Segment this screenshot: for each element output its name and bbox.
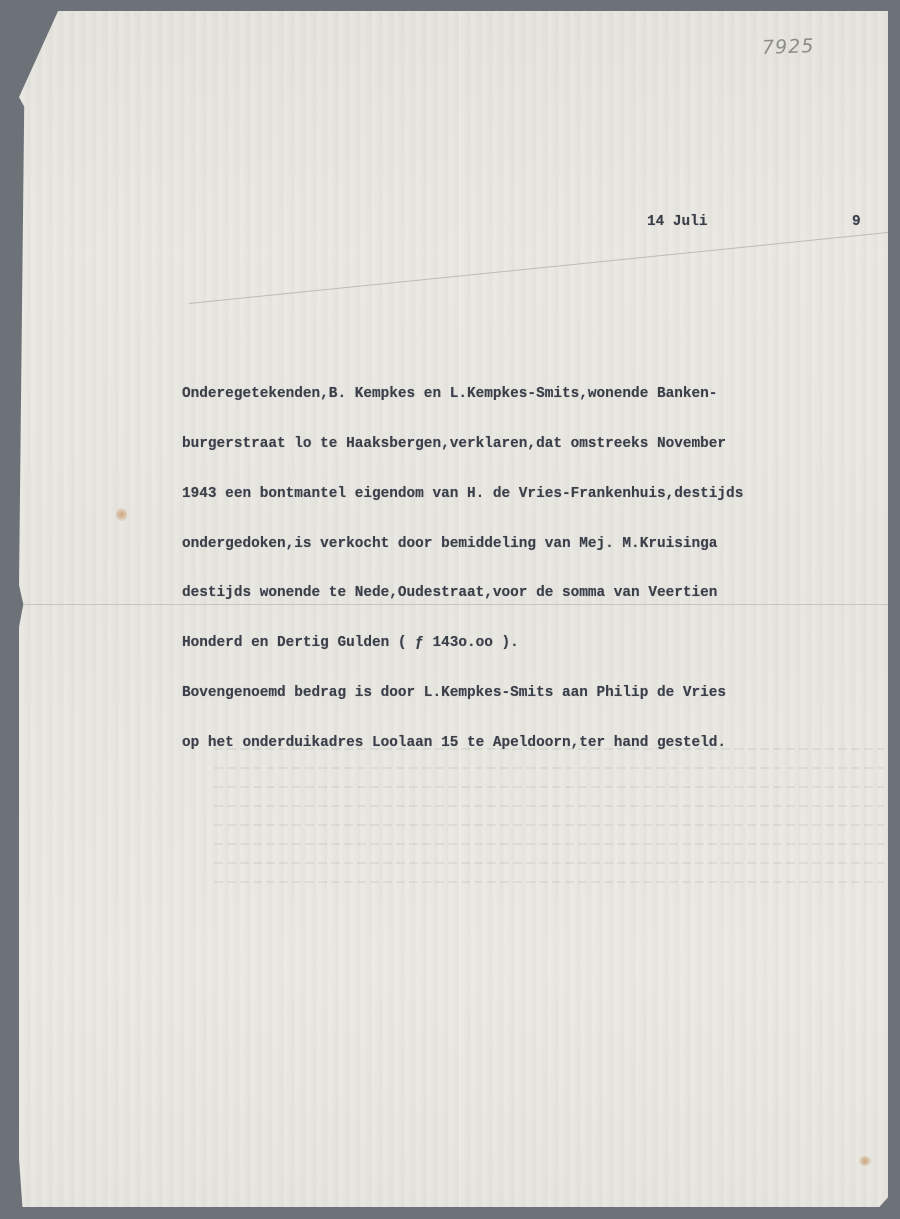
body-line: 1943 een bontmantel eigendom van H. de V… [182, 486, 743, 503]
body-line: Honderd en Dertig Gulden ( ƒ 143o.oo ). [182, 635, 743, 652]
body-line: Onderegetekenden,B. Kempkes en L.Kempkes… [182, 386, 743, 403]
stain-mark [116, 508, 127, 521]
body-line: burgerstraat lo te Haaksbergen,verklaren… [182, 436, 743, 453]
paper-crease-diagonal [189, 230, 900, 304]
body-line: Bovengenoemd bedrag is door L.Kempkes-Sm… [182, 685, 743, 702]
body-line: destijds wonende te Nede,Oudestraat,voor… [182, 585, 743, 602]
document-date: 14 Juli [647, 214, 707, 230]
body-line: op het onderduikadres Loolaan 15 te Apel… [182, 735, 743, 752]
declaration-body: Onderegetekenden,B. Kempkes en L.Kempkes… [182, 353, 743, 768]
stain-mark [859, 1156, 871, 1166]
archive-number: 7925 [762, 35, 815, 59]
body-line: ondergedoken,is verkocht door bemiddelin… [182, 536, 743, 553]
document-year-fragment: 9 [852, 214, 861, 230]
